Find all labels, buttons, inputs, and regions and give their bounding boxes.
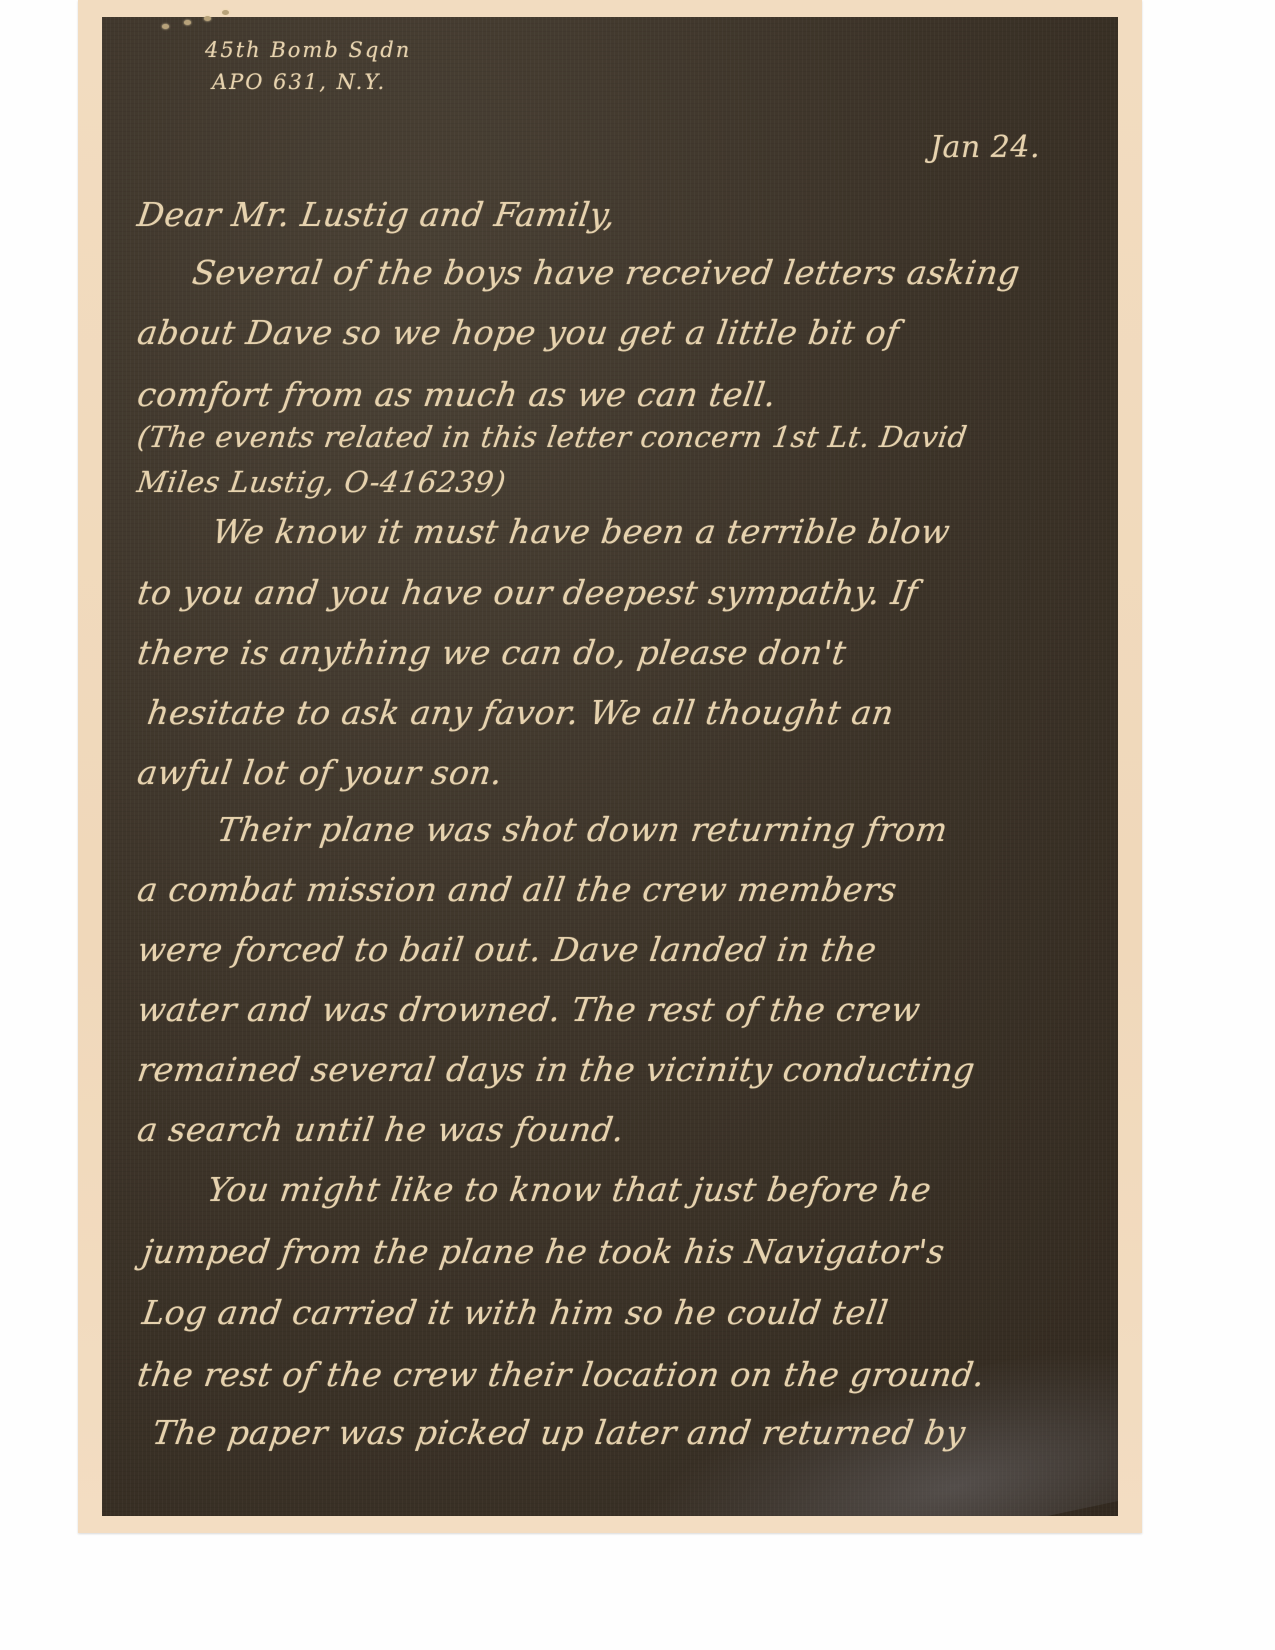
- return-address-unit: 45th Bomb Sqdn: [205, 38, 411, 62]
- letter-line: about Dave so we hope you get a little b…: [135, 313, 902, 352]
- letter-line: water and was drowned. The rest of the c…: [135, 990, 923, 1029]
- letter-line: to you and you have our deepest sympathy…: [135, 573, 920, 612]
- letter-line: The paper was picked up later and return…: [150, 1413, 968, 1452]
- return-address-apo: APO 631, N.Y.: [212, 70, 386, 94]
- letter-line: remained several days in the vicinity co…: [135, 1050, 978, 1089]
- letter-line: hesitate to ask any favor. We all though…: [145, 693, 896, 732]
- letter-line: Their plane was shot down returning from: [215, 810, 950, 849]
- letter-line: Several of the boys have received letter…: [190, 253, 1023, 292]
- letter-line: a combat mission and all the crew member…: [135, 870, 900, 909]
- letter-line: Miles Lustig, O-416239): [135, 465, 508, 499]
- salutation: Dear Mr. Lustig and Family,: [135, 195, 618, 234]
- letter-line: We know it must have been a terrible blo…: [210, 512, 953, 551]
- letter-line: comfort from as much as we can tell.: [135, 375, 779, 414]
- letter-line: were forced to bail out. Dave landed in …: [135, 930, 879, 969]
- letter-line: there is anything we can do, please don'…: [135, 633, 849, 672]
- letter-line: the rest of the crew their location on t…: [135, 1355, 988, 1394]
- letter-date: Jan 24.: [930, 130, 1040, 165]
- letter-line: You might like to know that just before …: [205, 1170, 934, 1209]
- letter-line: Log and carried it with him so he could …: [140, 1293, 891, 1332]
- letter-line: a search until he was found.: [135, 1110, 627, 1149]
- scanned-page: 45th Bomb Sqdn APO 631, N.Y. Jan 24. Dea…: [0, 0, 1275, 1650]
- letter-line: (The events related in this letter conce…: [135, 420, 970, 454]
- staple-holes: [162, 10, 242, 34]
- letter-line: jumped from the plane he took his Naviga…: [140, 1232, 947, 1271]
- letter-line: awful lot of your son.: [135, 753, 505, 792]
